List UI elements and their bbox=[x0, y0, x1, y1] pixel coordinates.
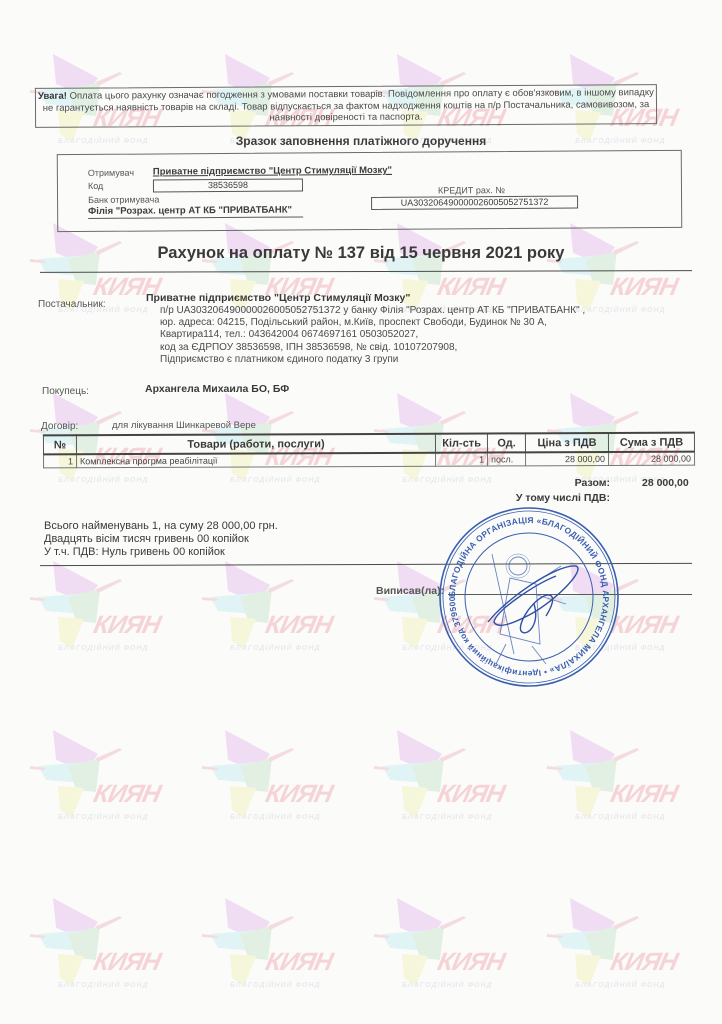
credit-account-field: UA303206490000026005052751372 bbox=[371, 196, 578, 210]
watermark-brand: КИЯН bbox=[91, 611, 163, 640]
watermark-subtitle: БЛАГОДІЙНИЙ ФОНД bbox=[575, 814, 675, 821]
watermark-subtitle: БЛАГОДІЙНИЙ ФОНД bbox=[230, 982, 330, 989]
watermark-subtitle: БЛАГОДІЙНИЙ ФОНД bbox=[58, 477, 158, 484]
invoice-title: Рахунок на оплату № 137 від 15 червня 20… bbox=[0, 244, 722, 263]
total-value: 28 000,00 bbox=[642, 477, 689, 489]
stamp-seal-icon: БЛАГОДІЙНА ОРГАНІЗАЦІЯ «БЛАГОДІЙНИЙ ФОНД… bbox=[436, 504, 622, 690]
bird-logo-icon bbox=[545, 890, 665, 1000]
cell-number: 1 bbox=[44, 454, 77, 468]
charity-watermark-logo: КИЯНБЛАГОДІЙНИЙ ФОНД bbox=[200, 890, 320, 1000]
credit-label: КРЕДИТ рах. № bbox=[438, 185, 505, 195]
contract-value: для лікування Шинкаревой Вере bbox=[112, 420, 256, 431]
signed-by-label: Виписав(ла): bbox=[376, 585, 444, 597]
watermark-subtitle: БЛАГОДІЙНИЙ ФОНД bbox=[402, 477, 502, 484]
supplier-line: код за ЄДРПОУ 38536598, ІПН 38536598, № … bbox=[160, 342, 585, 354]
notice-lead: Увага! bbox=[38, 91, 67, 102]
bird-logo-icon bbox=[200, 890, 320, 1000]
watermark-subtitle: БЛАГОДІЙНИЙ ФОНД bbox=[230, 814, 330, 821]
watermark-subtitle: БЛАГОДІЙНИЙ ФОНД bbox=[575, 307, 675, 314]
notice-text: Оплата цього рахунку означає погодження … bbox=[43, 87, 654, 123]
vat-label: У тому числі ПДВ: bbox=[430, 492, 610, 504]
supplier-line: Підприємство є платником єдиного податку… bbox=[160, 354, 585, 366]
charity-watermark-logo: КИЯНБЛАГОДІЙНИЙ ФОНД bbox=[200, 722, 320, 832]
supplier-details: п/р UA303206490000026005052751372 у банк… bbox=[160, 305, 585, 366]
organization-stamp: БЛАГОДІЙНА ОРГАНІЗАЦІЯ «БЛАГОДІЙНИЙ ФОНД… bbox=[436, 504, 622, 690]
col-header-number: № bbox=[43, 435, 76, 454]
title-rule bbox=[40, 270, 692, 273]
watermark-subtitle: БЛАГОДІЙНИЙ ФОНД bbox=[575, 982, 675, 989]
watermark-brand: КИЯН bbox=[263, 948, 335, 977]
amount-summary: Всього найменувань 1, на суму 28 000,00 … bbox=[44, 520, 278, 559]
col-header-qty: Кіл-сть bbox=[436, 433, 488, 452]
watermark-brand: КИЯН bbox=[263, 611, 335, 640]
watermark-subtitle: БЛАГОДІЙНИЙ ФОНД bbox=[58, 982, 158, 989]
charity-watermark-logo: КИЯНБЛАГОДІЙНИЙ ФОНД bbox=[372, 890, 492, 1000]
recipient-value: Приватне підприємство "Центр Стимуляції … bbox=[153, 165, 392, 178]
watermark-subtitle: БЛАГОДІЙНИЙ ФОНД bbox=[58, 814, 158, 821]
invoice-page: КИЯНБЛАГОДІЙНИЙ ФОНДКИЯНБЛАГОДІЙНИЙ ФОНД… bbox=[0, 0, 722, 1024]
cell-sum: 28 000,00 bbox=[609, 452, 695, 466]
bird-logo-icon bbox=[28, 553, 148, 663]
cell-qty: 1 bbox=[436, 452, 488, 466]
bird-logo-icon bbox=[372, 722, 492, 832]
watermark-subtitle: БЛАГОДІЙНИЙ ФОНД bbox=[58, 645, 158, 652]
charity-watermark-logo: КИЯНБЛАГОДІЙНИЙ ФОНД bbox=[28, 890, 148, 1000]
watermark-subtitle: БЛАГОДІЙНИЙ ФОНД bbox=[230, 645, 330, 652]
cell-unit: посл. bbox=[488, 452, 526, 466]
col-header-goods: Товари (работи, послуги) bbox=[76, 434, 435, 455]
charity-watermark-logo: КИЯНБЛАГОДІЙНИЙ ФОНД bbox=[28, 722, 148, 832]
col-header-price: Ціна з ПДВ bbox=[526, 433, 609, 452]
charity-watermark-logo: КИЯНБЛАГОДІЙНИЙ ФОНД bbox=[545, 890, 665, 1000]
table-row: 1 Комплексна прогрма реабілітації 1 посл… bbox=[44, 452, 695, 468]
items-table: № Товари (работи, послуги) Кіл-сть Од. Ц… bbox=[43, 432, 695, 469]
watermark-subtitle: БЛАГОДІЙНИЙ ФОНД bbox=[402, 982, 502, 989]
bird-logo-icon bbox=[200, 722, 320, 832]
watermark-brand: КИЯН bbox=[608, 273, 680, 302]
supplier-name: Приватне підприємство "Центр Стимуляції … bbox=[146, 292, 410, 304]
watermark-subtitle: БЛАГОДІЙНИЙ ФОНД bbox=[402, 814, 502, 821]
payment-sample-box: Отримувач Приватне підприємство "Центр С… bbox=[57, 150, 683, 232]
supplier-line: Квартира114, тел.: 043642004 0674697161 … bbox=[160, 329, 585, 341]
watermark-brand: КИЯН bbox=[91, 780, 163, 809]
charity-watermark-logo: КИЯНБЛАГОДІЙНИЙ ФОНД bbox=[200, 553, 320, 663]
bird-logo-icon bbox=[28, 722, 148, 832]
watermark-brand: КИЯН bbox=[263, 780, 335, 809]
payment-notice: Увага! Оплата цього рахунку означає пого… bbox=[35, 84, 657, 128]
recipient-label: Отримувач bbox=[88, 168, 134, 178]
bird-logo-icon bbox=[545, 722, 665, 832]
watermark-brand: КИЯН bbox=[91, 948, 163, 977]
col-header-unit: Од. bbox=[488, 433, 526, 452]
buyer-label: Покупець: bbox=[42, 386, 89, 397]
cell-goods: Комплексна прогрма реабілітації bbox=[76, 453, 435, 468]
bird-logo-icon bbox=[28, 890, 148, 1000]
charity-watermark-logo: КИЯНБЛАГОДІЙНИЙ ФОНД bbox=[545, 722, 665, 832]
bird-logo-icon bbox=[200, 553, 320, 663]
supplier-line: п/р UA303206490000026005052751372 у банк… bbox=[160, 305, 585, 317]
summary-amount-words: Двадцять вісім тисяч гривень 00 копійок bbox=[44, 533, 278, 546]
buyer-name: Архангела Михаила БО, БФ bbox=[145, 383, 289, 395]
bank-label: Банк отримувача bbox=[88, 194, 159, 204]
watermark-brand: КИЯН bbox=[608, 780, 680, 809]
supplier-line: юр. адреса: 04215, Подільський район, м.… bbox=[160, 317, 585, 329]
summary-items-count: Всього найменувань 1, на суму 28 000,00 … bbox=[44, 520, 278, 533]
bank-value: Філія "Розрах. центр АТ КБ "ПРИВАТБАНК" bbox=[88, 205, 292, 217]
cell-price: 28 000,00 bbox=[526, 452, 609, 466]
code-label: Код bbox=[88, 181, 103, 191]
watermark-brand: КИЯН bbox=[435, 948, 507, 977]
total-label: Разом: bbox=[520, 477, 610, 489]
watermark-subtitle: БЛАГОДІЙНИЙ ФОНД bbox=[230, 477, 330, 484]
bank-underline bbox=[88, 216, 303, 219]
supplier-label: Постачальник: bbox=[38, 299, 106, 310]
code-field: 38536598 bbox=[153, 178, 303, 192]
payment-sample-title: Зразок заповнення платіжного доручення bbox=[0, 134, 722, 148]
svg-text:БЛАГОДІЙНА ОРГАНІЗАЦІЯ «БЛАГОД: БЛАГОДІЙНА ОРГАНІЗАЦІЯ «БЛАГОДІЙНИЙ ФОНД… bbox=[436, 504, 611, 679]
contract-label: Договір: bbox=[41, 421, 78, 432]
charity-watermark-logo: КИЯНБЛАГОДІЙНИЙ ФОНД bbox=[28, 553, 148, 663]
watermark-brand: КИЯН bbox=[435, 273, 507, 302]
summary-vat-words: У т.ч. ПДВ: Нуль гривень 00 копійок bbox=[44, 546, 278, 559]
watermark-brand: КИЯН bbox=[435, 780, 507, 809]
charity-watermark-logo: КИЯНБЛАГОДІЙНИЙ ФОНД bbox=[372, 722, 492, 832]
col-header-sum: Сума з ПДВ bbox=[608, 433, 694, 452]
bird-logo-icon bbox=[372, 890, 492, 1000]
watermark-brand: КИЯН bbox=[608, 948, 680, 977]
